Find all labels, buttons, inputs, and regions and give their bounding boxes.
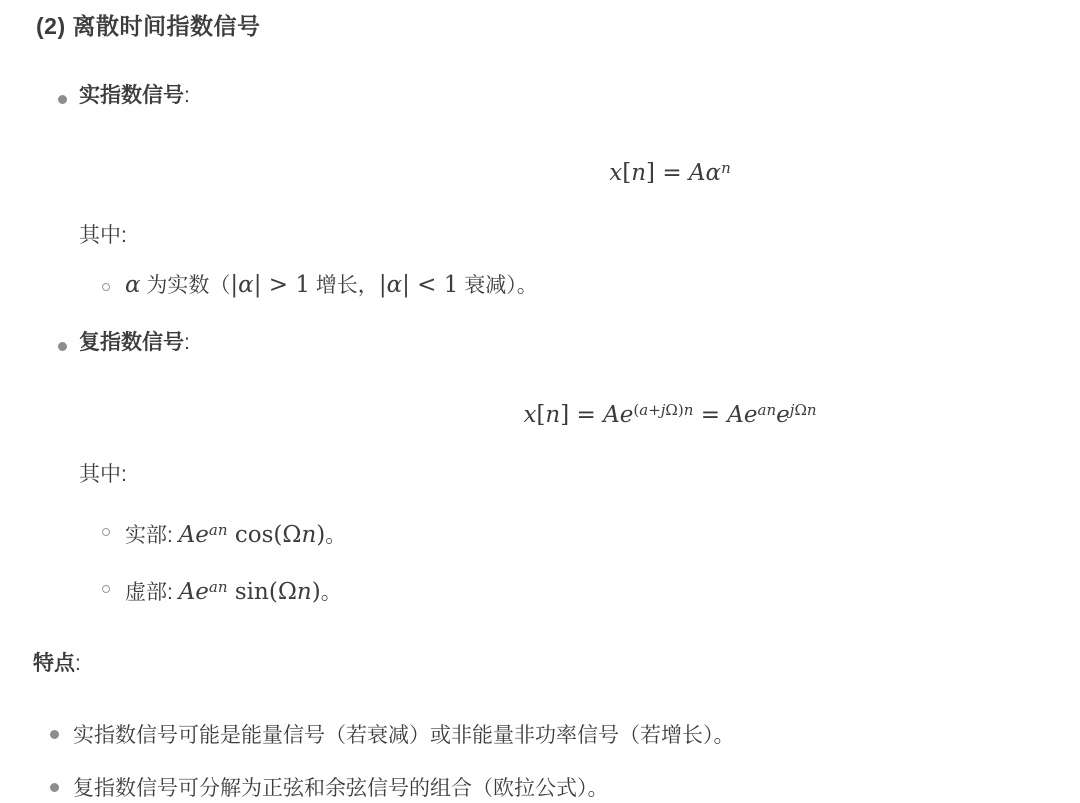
- features-label: 特点: [33, 652, 75, 675]
- section-heading: (2) 离散时间指数信号: [36, 14, 1044, 39]
- sub-bullet-icon: [102, 528, 110, 536]
- real-exponential-label: 实指数信号: [79, 84, 184, 107]
- label-colon: :: [184, 331, 190, 354]
- list-item-real-exponential: 实指数信号: x[n] = Aαn 其中: α 为实数（|α| > 1 增长，|…: [33, 82, 1044, 303]
- bullet-icon: [50, 730, 59, 739]
- where-paragraph: 其中:: [79, 462, 1044, 488]
- note-imaginary-part-text: 虚部: Aean sin(Ωn)。: [125, 581, 342, 604]
- label-colon: :: [75, 652, 81, 675]
- note-alpha-real: α 为实数（|α| > 1 增长，|α| < 1 衰减）。: [79, 268, 1044, 303]
- complex-exponential-label: 复指数信号: [79, 331, 184, 354]
- bullet-icon: [50, 783, 59, 792]
- display-formula-row: x[n] = Ae(a+jΩ)n = AeanejΩn: [79, 387, 1044, 433]
- bullet-icon: [58, 342, 67, 351]
- document-page: (2) 离散时间指数信号 实指数信号: x[n] = Aαn 其中: α 为实数…: [0, 0, 1080, 803]
- display-formula-row: x[n] = Aαn: [79, 145, 1044, 191]
- feature-item-energy-text: 实指数信号可能是能量信号（若衰减）或非能量非功率信号（若增长）。: [73, 724, 735, 747]
- where-paragraph: 其中:: [79, 223, 1044, 249]
- features-list: 实指数信号可能是能量信号（若衰减）或非能量非功率信号（若增长）。 复指数信号可分…: [33, 720, 1044, 803]
- note-real-part: 实部: Aean cos(Ωn)。: [79, 513, 1044, 553]
- feature-item-euler-text: 复指数信号可分解为正弦和余弦信号的组合（欧拉公式）。: [73, 777, 609, 800]
- formula-real-exponential: x[n] = Aαn: [609, 162, 731, 185]
- feature-item-euler: 复指数信号可分解为正弦和余弦信号的组合（欧拉公式）。: [33, 773, 1044, 803]
- list-item-complex-exponential: 复指数信号: x[n] = Ae(a+jΩ)n = AeanejΩn 其中: 实…: [33, 329, 1044, 610]
- signal-type-list: 实指数信号: x[n] = Aαn 其中: α 为实数（|α| > 1 增长，|…: [33, 82, 1044, 610]
- real-notes-list: α 为实数（|α| > 1 增长，|α| < 1 衰减）。: [79, 268, 1044, 303]
- note-imaginary-part: 虚部: Aean sin(Ωn)。: [79, 570, 1044, 610]
- note-real-part-text: 实部: Aean cos(Ωn)。: [125, 524, 346, 547]
- formula-complex-exponential: x[n] = Ae(a+jΩ)n = AeanejΩn: [523, 404, 816, 427]
- features-paragraph: 特点:: [33, 651, 1044, 677]
- bullet-icon: [58, 95, 67, 104]
- sub-bullet-icon: [102, 585, 110, 593]
- sub-bullet-icon: [102, 283, 110, 291]
- feature-item-energy: 实指数信号可能是能量信号（若衰减）或非能量非功率信号（若增长）。: [33, 720, 1044, 751]
- complex-notes-list: 实部: Aean cos(Ωn)。 虚部: Aean sin(Ωn)。: [79, 513, 1044, 610]
- note-alpha-text: α 为实数（|α| > 1 增长，|α| < 1 衰减）。: [125, 274, 538, 297]
- label-colon: :: [184, 84, 190, 107]
